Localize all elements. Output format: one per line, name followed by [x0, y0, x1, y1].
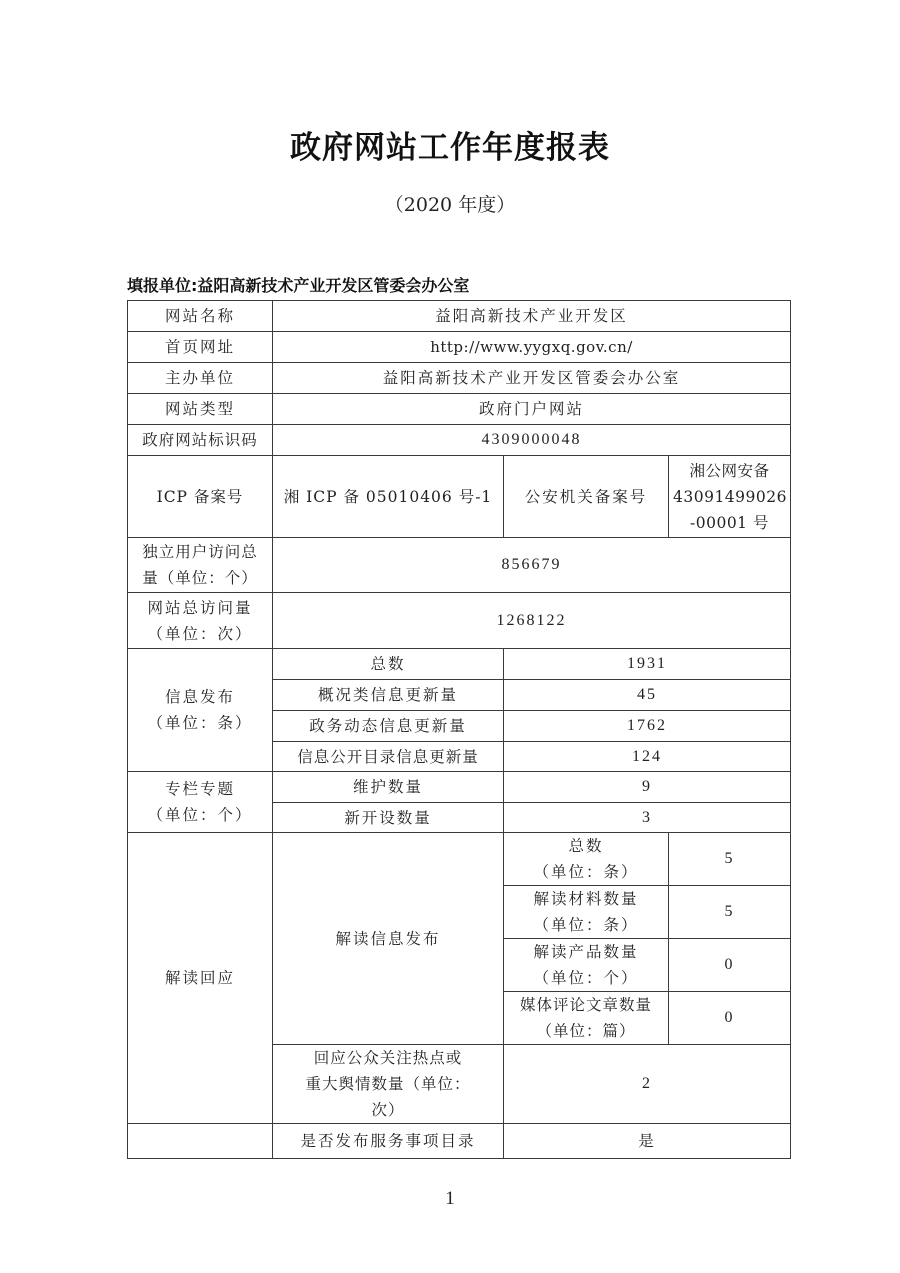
police-record-value: 湘公网安备 43091499026 -00001 号 — [669, 456, 791, 538]
label-line: 总数 — [508, 833, 664, 859]
table-row: 网站类型 政府门户网站 — [128, 394, 791, 425]
label-line: （单位：篇） — [508, 1018, 664, 1044]
table-row: 首页网址 http://www.yygxq.gov.cn/ — [128, 332, 791, 363]
media-article-label: 媒体评论文章数量 （单位：篇） — [504, 992, 669, 1045]
label-line: 解读材料数量 — [508, 886, 664, 912]
columns-new-label: 新开设数量 — [273, 803, 504, 833]
news-update-label: 政务动态信息更新量 — [273, 711, 504, 742]
table-row: 独立用户访问总 量（单位：个） 856679 — [128, 538, 791, 593]
unique-visitors-label: 独立用户访问总 量（单位：个） — [128, 538, 273, 593]
label-line: 媒体评论文章数量 — [508, 992, 664, 1018]
columns-maintained-value: 9 — [504, 772, 791, 803]
columns-maintained-label: 维护数量 — [273, 772, 504, 803]
page-number: 1 — [0, 1188, 900, 1210]
label-line: （单位：条） — [508, 859, 664, 885]
label-line: 独立用户访问总 — [132, 539, 268, 565]
police-record-line: 43091499026 — [673, 484, 786, 510]
interp-total-label: 总数 （单位：条） — [504, 833, 669, 886]
filler-unit: 填报单位:益阳高新技术产业开发区管委会办公室 — [127, 273, 469, 296]
label-line: （单位：条） — [132, 710, 268, 736]
public-response-label: 回应公众关注热点或 重大舆情数量（单位： 次） — [273, 1045, 504, 1124]
overview-update-label: 概况类信息更新量 — [273, 680, 504, 711]
news-update-value: 1762 — [504, 711, 791, 742]
police-record-line: 湘公网安备 — [673, 458, 786, 484]
interp-material-value: 5 — [669, 886, 791, 939]
site-name-label: 网站名称 — [128, 301, 273, 332]
info-total-label: 总数 — [273, 649, 504, 680]
table-row: 解读回应 解读信息发布 总数 （单位：条） 5 — [128, 833, 791, 886]
sponsor-label: 主办单位 — [128, 363, 273, 394]
table-row: 是否发布服务事项目录 是 — [128, 1124, 791, 1159]
table-row: 专栏专题 （单位：个） 维护数量 9 — [128, 772, 791, 803]
police-record-label: 公安机关备案号 — [504, 456, 669, 538]
table-row: 网站名称 益阳高新技术产业开发区 — [128, 301, 791, 332]
public-response-value: 2 — [504, 1045, 791, 1124]
label-line: 量（单位：个） — [132, 565, 268, 591]
site-type-value: 政府门户网站 — [273, 394, 791, 425]
table-row: 政府网站标识码 4309000048 — [128, 425, 791, 456]
label-line: 回应公众关注热点或 — [277, 1045, 499, 1071]
report-year: （2020 年度） — [0, 190, 900, 217]
label-line: （单位：次） — [132, 621, 268, 647]
page-title: 政府网站工作年度报表 — [0, 122, 900, 167]
total-visits-value: 1268122 — [273, 593, 791, 649]
sponsor-value: 益阳高新技术产业开发区管委会办公室 — [273, 363, 791, 394]
interp-product-value: 0 — [669, 939, 791, 992]
homepage-value: http://www.yygxq.gov.cn/ — [273, 332, 791, 363]
interpretation-label: 解读回应 — [128, 833, 273, 1124]
interp-material-label: 解读材料数量 （单位：条） — [504, 886, 669, 939]
site-type-label: 网站类型 — [128, 394, 273, 425]
columns-new-value: 3 — [504, 803, 791, 833]
site-id-value: 4309000048 — [273, 425, 791, 456]
empty-cell — [128, 1124, 273, 1159]
label-line: 专栏专题 — [132, 776, 268, 802]
label-line: 重大舆情数量（单位： — [277, 1071, 499, 1097]
service-catalog-value: 是 — [504, 1124, 791, 1159]
service-catalog-label: 是否发布服务事项目录 — [273, 1124, 504, 1159]
site-name-value: 益阳高新技术产业开发区 — [273, 301, 791, 332]
disclosure-update-label: 信息公开目录信息更新量 — [273, 742, 504, 772]
label-line: 网站总访问量 — [132, 595, 268, 621]
media-article-value: 0 — [669, 992, 791, 1045]
table-row: 主办单位 益阳高新技术产业开发区管委会办公室 — [128, 363, 791, 394]
table-row: 网站总访问量 （单位：次） 1268122 — [128, 593, 791, 649]
label-line: （单位：个） — [132, 802, 268, 828]
table-row: ICP 备案号 湘 ICP 备 05010406 号-1 公安机关备案号 湘公网… — [128, 456, 791, 538]
interp-product-label: 解读产品数量 （单位：个） — [504, 939, 669, 992]
label-line: 解读产品数量 — [508, 939, 664, 965]
table-row: 信息发布 （单位：条） 总数 1931 — [128, 649, 791, 680]
report-table: 网站名称 益阳高新技术产业开发区 首页网址 http://www.yygxq.g… — [127, 300, 791, 1159]
total-visits-label: 网站总访问量 （单位：次） — [128, 593, 273, 649]
icp-value: 湘 ICP 备 05010406 号-1 — [273, 456, 504, 538]
label-line: 信息发布 — [132, 684, 268, 710]
police-record-line: -00001 号 — [673, 510, 786, 536]
unique-visitors-value: 856679 — [273, 538, 791, 593]
disclosure-update-value: 124 — [504, 742, 791, 772]
icp-label: ICP 备案号 — [128, 456, 273, 538]
label-line: （单位：条） — [508, 912, 664, 938]
overview-update-value: 45 — [504, 680, 791, 711]
interpretation-publish-label: 解读信息发布 — [273, 833, 504, 1045]
label-line: （单位：个） — [508, 965, 664, 991]
homepage-label: 首页网址 — [128, 332, 273, 363]
info-publish-label: 信息发布 （单位：条） — [128, 649, 273, 772]
interp-total-value: 5 — [669, 833, 791, 886]
label-line: 次） — [277, 1097, 499, 1123]
info-total-value: 1931 — [504, 649, 791, 680]
columns-label: 专栏专题 （单位：个） — [128, 772, 273, 833]
site-id-label: 政府网站标识码 — [128, 425, 273, 456]
